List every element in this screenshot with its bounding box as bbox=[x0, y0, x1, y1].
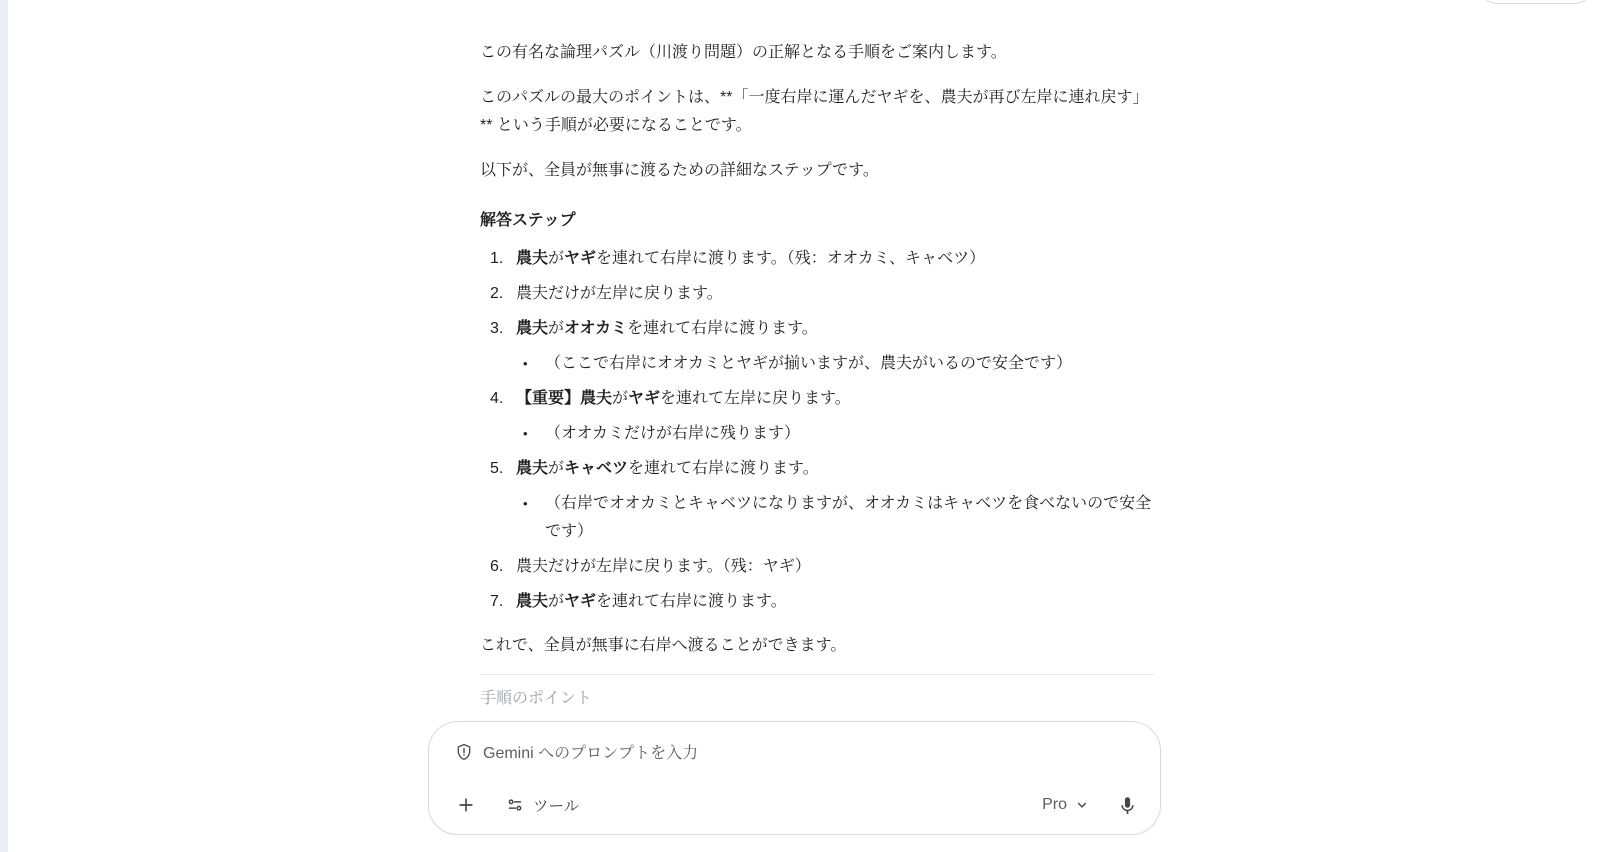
sub-bullet-text: （ここで右岸にオオカミとヤギが揃いますが、農夫がいるので安全です） bbox=[545, 350, 1154, 378]
tune-icon bbox=[505, 795, 525, 815]
step-text: 農夫がキャベツを連れて右岸に渡ります。•（右岸でオオカミとキャベツになりますが、… bbox=[516, 455, 1154, 546]
plus-icon bbox=[455, 794, 477, 816]
prompt-composer: Gemini へのプロンプトを入力 ツール Pro bbox=[428, 721, 1161, 835]
list-item: 4.【重要】農夫がヤギを連れて左岸に戻ります。•（オオカミだけが右岸に残ります） bbox=[490, 385, 1154, 448]
shield-icon bbox=[455, 743, 473, 761]
sub-bullet-text: （オオカミだけが右岸に残ります） bbox=[545, 420, 1154, 448]
list-item: 5.農夫がキャベツを連れて右岸に渡ります。•（右岸でオオカミとキャベツになります… bbox=[490, 455, 1154, 546]
list-item: 3.農夫がオオカミを連れて右岸に渡ります。•（ここで右岸にオオカミとヤギが揃いま… bbox=[490, 315, 1154, 378]
bullet-dot: • bbox=[516, 420, 545, 448]
response-paragraphs: この有名な論理パズル（川渡り問題）の正解となる手順をご案内します。このパズルの最… bbox=[480, 39, 1154, 185]
step-number: 6. bbox=[490, 553, 516, 581]
step-line: 農夫がヤギを連れて右岸に渡ります。 bbox=[516, 588, 1154, 616]
chevron-down-icon bbox=[1073, 796, 1091, 814]
step-text: 農夫がヤギを連れて右岸に渡ります。 bbox=[516, 588, 1154, 616]
section-divider bbox=[480, 674, 1154, 675]
microphone-button[interactable] bbox=[1117, 795, 1138, 816]
microphone-icon bbox=[1117, 795, 1138, 816]
step-number: 4. bbox=[490, 385, 516, 448]
closing-paragraph: これで、全員が無事に右岸へ渡ることができます。 bbox=[480, 632, 1154, 660]
step-text: 農夫だけが左岸に戻ります。（残：ヤギ） bbox=[516, 553, 1154, 581]
paragraph: 以下が、全員が無事に渡るための詳細なステップです。 bbox=[480, 157, 1154, 185]
bullet-dot: • bbox=[516, 350, 545, 378]
step-line: 【重要】農夫がヤギを連れて左岸に戻ります。 bbox=[516, 385, 1154, 413]
add-button[interactable] bbox=[455, 794, 477, 816]
sub-bullet: •（右岸でオオカミとキャベツになりますが、オオカミはキャベツを食べないので安全で… bbox=[516, 490, 1154, 546]
tools-label: ツール bbox=[533, 794, 579, 816]
step-text: 農夫がヤギを連れて右岸に渡ります。（残：オオカミ、キャベツ） bbox=[516, 245, 1154, 273]
sidebar-edge bbox=[0, 0, 8, 852]
sub-bullet: •（オオカミだけが右岸に残ります） bbox=[516, 420, 1154, 448]
model-selector[interactable]: Pro bbox=[1042, 796, 1091, 814]
step-number: 5. bbox=[490, 455, 516, 546]
assistant-response: この有名な論理パズル（川渡り問題）の正解となる手順をご案内します。このパズルの最… bbox=[480, 39, 1154, 713]
steps-heading: 解答ステップ bbox=[480, 207, 1154, 235]
model-label: Pro bbox=[1042, 796, 1067, 814]
steps-list: 1.農夫がヤギを連れて右岸に渡ります。（残：オオカミ、キャベツ）2.農夫だけが左… bbox=[480, 245, 1154, 616]
step-line: 農夫だけが左岸に戻ります。 bbox=[516, 280, 1154, 308]
step-number: 3. bbox=[490, 315, 516, 378]
list-item: 2.農夫だけが左岸に戻ります。 bbox=[490, 280, 1154, 308]
paragraph: このパズルの最大のポイントは、**「一度右岸に運んだヤギを、農夫が再び左岸に連れ… bbox=[480, 84, 1154, 140]
list-item: 1.農夫がヤギを連れて右岸に渡ります。（残：オオカミ、キャベツ） bbox=[490, 245, 1154, 273]
composer-toolbar: ツール Pro bbox=[455, 794, 1138, 816]
list-item: 7.農夫がヤギを連れて右岸に渡ります。 bbox=[490, 588, 1154, 616]
sub-bullet-text: （右岸でオオカミとキャベツになりますが、オオカミはキャベツを食べないので安全です… bbox=[545, 490, 1154, 546]
tools-button[interactable]: ツール bbox=[505, 794, 579, 816]
list-item: 6.農夫だけが左岸に戻ります。（残：ヤギ） bbox=[490, 553, 1154, 581]
step-line: 農夫がヤギを連れて右岸に渡ります。（残：オオカミ、キャベツ） bbox=[516, 245, 1154, 273]
bullet-dot: • bbox=[516, 490, 545, 546]
step-text: 農夫だけが左岸に戻ります。 bbox=[516, 280, 1154, 308]
step-number: 1. bbox=[490, 245, 516, 273]
step-text: 農夫がオオカミを連れて右岸に渡ります。•（ここで右岸にオオカミとヤギが揃いますが… bbox=[516, 315, 1154, 378]
step-line: 農夫がキャベツを連れて右岸に渡ります。 bbox=[516, 455, 1154, 483]
sub-bullet: •（ここで右岸にオオカミとヤギが揃いますが、農夫がいるので安全です） bbox=[516, 350, 1154, 378]
prompt-placeholder: Gemini へのプロンプトを入力 bbox=[483, 740, 698, 763]
step-number: 7. bbox=[490, 588, 516, 616]
next-section-heading: 手順のポイント bbox=[480, 685, 1154, 713]
top-right-partial-button[interactable] bbox=[1478, 0, 1594, 4]
step-line: 農夫がオオカミを連れて右岸に渡ります。 bbox=[516, 315, 1154, 343]
step-text: 【重要】農夫がヤギを連れて左岸に戻ります。•（オオカミだけが右岸に残ります） bbox=[516, 385, 1154, 448]
step-number: 2. bbox=[490, 280, 516, 308]
paragraph: この有名な論理パズル（川渡り問題）の正解となる手順をご案内します。 bbox=[480, 39, 1154, 67]
prompt-input[interactable]: Gemini へのプロンプトを入力 bbox=[429, 722, 1160, 763]
step-line: 農夫だけが左岸に戻ります。（残：ヤギ） bbox=[516, 553, 1154, 581]
